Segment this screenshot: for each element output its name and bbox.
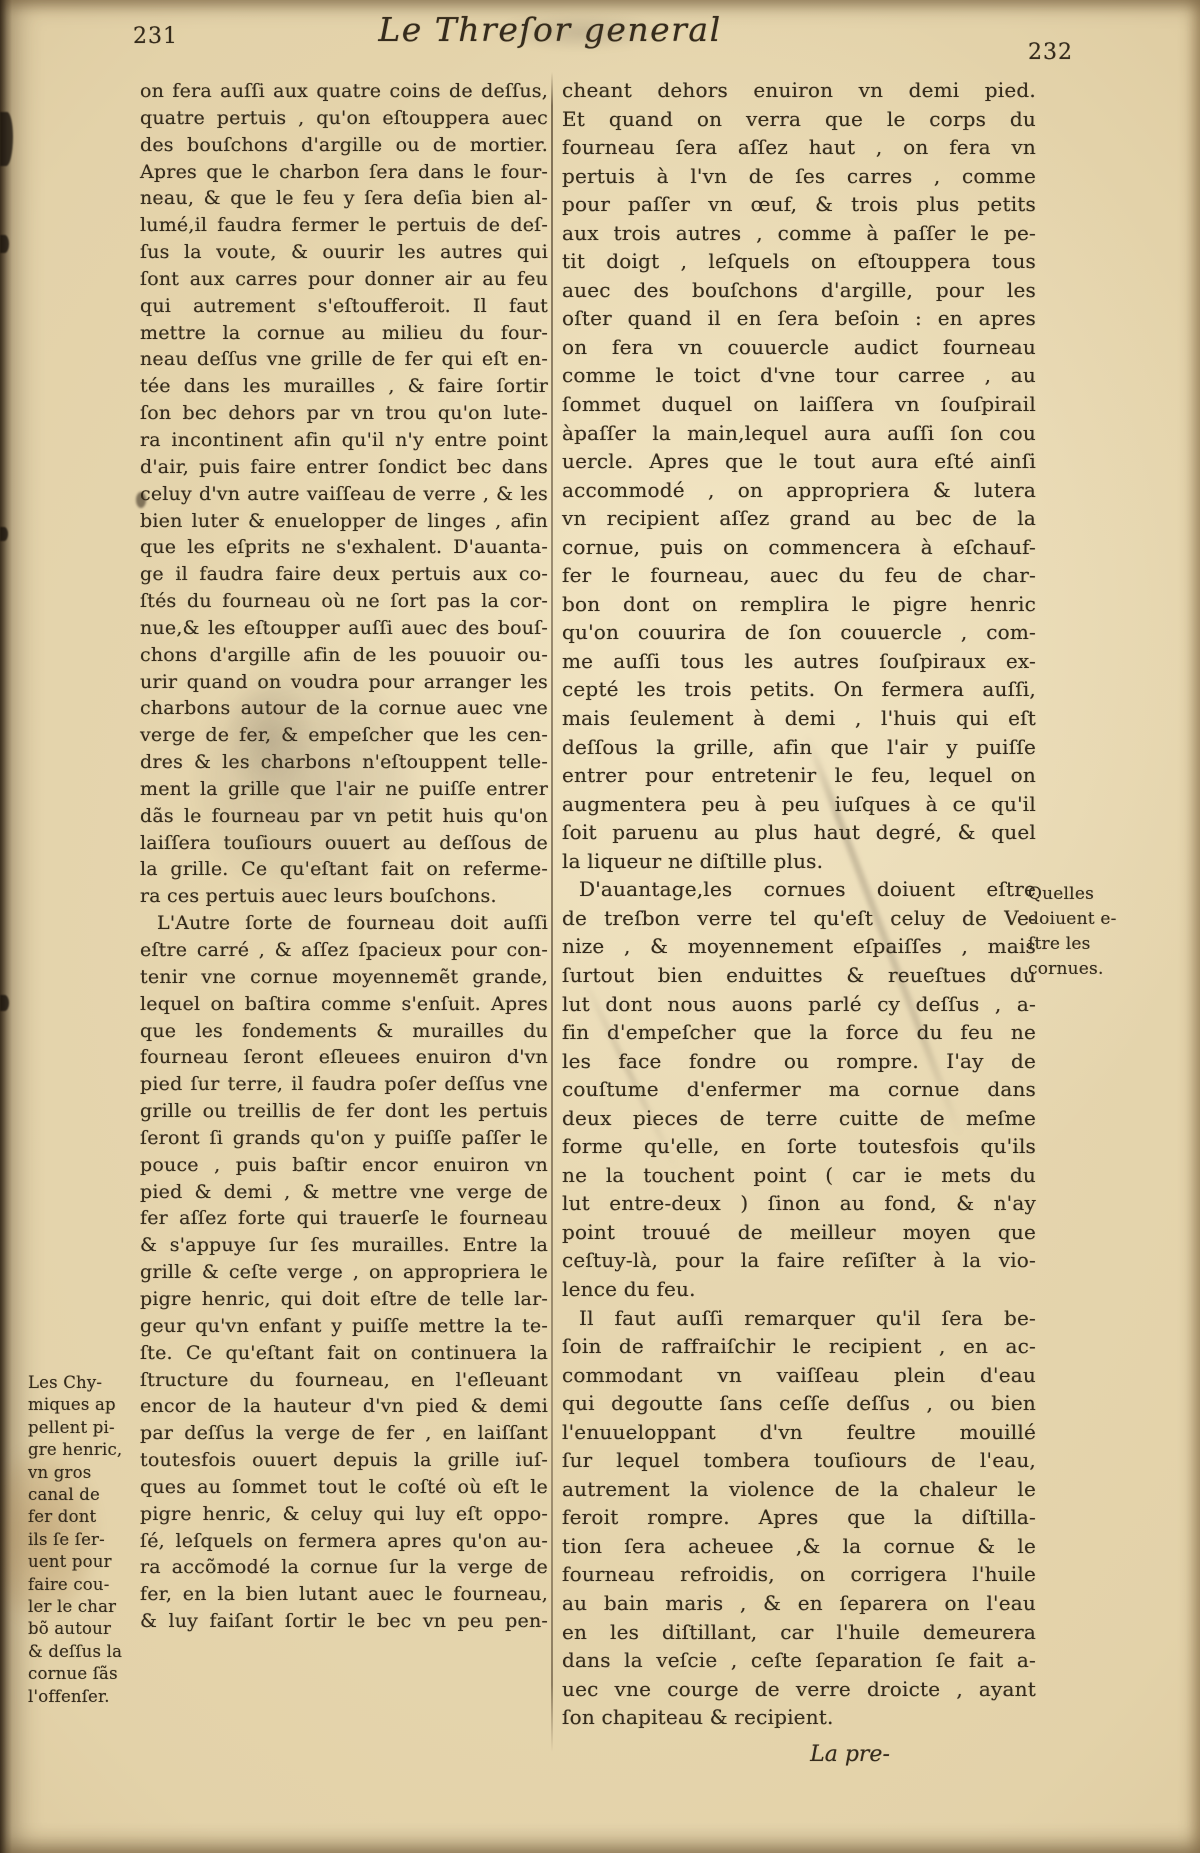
text-line: ge il faudra faire deux pertuis aux co- [140, 561, 548, 588]
text-line: en les diſtillant, car l'huile demeurera [562, 1618, 1036, 1647]
edge-mark [0, 235, 9, 253]
text-line: comme le toict d'vne tour carree , au [562, 361, 1036, 390]
text-line: verge de fer, & empeſcher que les cen- [140, 722, 548, 749]
text-line: on fera auſſi aux quatre coins de deſſus… [140, 78, 548, 105]
text-line: fer le fourneau, auec du feu de char- [562, 561, 1036, 590]
text-line: auec des bouſchons d'argille, pour les [562, 276, 1036, 305]
text-line: d'air, puis faire entrer ſondict bec dan… [140, 454, 548, 481]
text-line: ment la grille que l'air ne puiſſe entre… [140, 776, 548, 803]
margin-note-line: cornues. [1028, 957, 1168, 982]
text-line: aux trois autres , comme à paſſer le pe- [562, 219, 1036, 248]
text-line: pouce , puis baſtir encor enuiron vn [140, 1152, 548, 1179]
edge-mark [0, 995, 9, 1011]
text-line: on fera vn couuercle audict fourneau [562, 333, 1036, 362]
text-line: qu'on couurira de ſon couuercle , com- [562, 618, 1036, 647]
text-line: oſter quand il en ſera beſoin : en apres [562, 304, 1036, 333]
text-line: ſoin de raffraiſchir le recipient , en a… [562, 1332, 1036, 1361]
text-line: uec vne courge de verre droicte , ayant [562, 1675, 1036, 1704]
text-line: cornue, puis on commencera à eſchauf- [562, 533, 1036, 562]
margin-note-line: canal de [28, 1484, 132, 1506]
margin-note-line: faire cou- [28, 1574, 132, 1596]
text-line: bon dont on remplira le pigre henric [562, 590, 1036, 619]
text-line: augmentera peu à peu iuſques à ce qu'il [562, 790, 1036, 819]
text-line: geur qu'vn enfant y puiſſe mettre la te- [140, 1313, 548, 1340]
text-line: lut dont nous auons parlé cy deſſus , a- [562, 990, 1036, 1019]
margin-note-line: bõ autour [28, 1618, 132, 1640]
text-line: neau, & que le feu y ſera deſia bien al- [140, 185, 548, 212]
text-line: fer, en la bien lutant auec le fourneau, [140, 1581, 548, 1608]
text-line: pigre henric, & celuy qui luy eſt oppo- [140, 1501, 548, 1528]
text-line: urir quand on voudra pour arranger les [140, 669, 548, 696]
text-line: eſtre carré , & aſſez ſpacieux pour con- [140, 937, 548, 964]
text-line: ſoit paruenu au plus haut degré, & quel [562, 818, 1036, 847]
text-line: fourneau ſeront eſleuees enuiron d'vn [140, 1044, 548, 1071]
text-line: dãs le fourneau par vn petit huis qu'on [140, 803, 548, 830]
text-line: celuy d'vn autre vaiſſeau de verre , & l… [140, 481, 548, 508]
margin-note-line: pellent pi- [28, 1417, 132, 1439]
text-line: couſtume d'enfermer ma cornue dans [562, 1075, 1036, 1104]
text-line: & luy faiſant ſortir le bec vn peu pen- [140, 1608, 548, 1635]
book-page-scan: 231 Le Threſor general 232 on fera auſſi… [0, 0, 1200, 1853]
text-line: lence du feu. [562, 1275, 1036, 1304]
margin-note-left: Les Chy-miques appellent pi-gre henric,v… [28, 1372, 132, 1708]
text-line: toutesfois ouuert depuis la grille iuſ- [140, 1447, 548, 1474]
margin-note-line: uent pour [28, 1551, 132, 1573]
text-line: grille ou treillis de fer dont les pertu… [140, 1098, 548, 1125]
margin-note-line: & deſſus la [28, 1641, 132, 1663]
text-line: commodant vn vaiſſeau plein d'eau [562, 1361, 1036, 1390]
margin-note-line: ler le char [28, 1596, 132, 1618]
text-line: lequel on baſtira comme s'enſuit. Apres [140, 991, 548, 1018]
text-line: l'enuueloppant d'vn feultre mouillé [562, 1418, 1036, 1447]
text-line: ſtructure du fourneau, en l'eſleuant [140, 1367, 548, 1394]
text-line: dres & les charbons n'eſtouppent telle- [140, 749, 548, 776]
margin-note-line: l'offenſer. [28, 1686, 132, 1708]
text-line: vn recipient aſſez grand au bec de la [562, 504, 1036, 533]
text-line: lut entre-deux ) ſinon au fond, & n'ay [562, 1189, 1036, 1218]
text-line: ſon chapiteau & recipient. [562, 1703, 1036, 1732]
margin-note-line: vn gros [28, 1462, 132, 1484]
text-line: ſte. Ce qu'eſtant fait on continuera la [140, 1340, 548, 1367]
text-line: que les eſprits ne s'exhalent. D'auanta- [140, 534, 548, 561]
text-line: ſommet duquel on laiſſera vn ſouſpirail [562, 390, 1036, 419]
text-line: nize , & moyennement eſpaiſſes , mais [562, 932, 1036, 961]
text-line: fourneau refroidis, on corrigera l'huile [562, 1560, 1036, 1589]
text-line: la grille. Ce qu'eſtant fait on referme- [140, 856, 548, 883]
margin-note-line: fer dont [28, 1506, 132, 1528]
text-line: qui degoutte ſans ceſſe deſſus , ou bien [562, 1389, 1036, 1418]
text-line: grille & ceſte verge , on appropriera le [140, 1259, 548, 1286]
text-line: la liqueur ne diſtille plus. [562, 847, 1036, 876]
text-line: tion ſera acheuee ,& la cornue & le [562, 1532, 1036, 1561]
text-line: mais ſeulement à demi , l'huis qui eſt [562, 704, 1036, 733]
text-line: Et quand on verra que le corps du [562, 105, 1036, 134]
margin-note-line: ſtre les [1028, 932, 1168, 957]
text-line: tée dans les murailles , & faire ſortir [140, 373, 548, 400]
text-line: ceſtuy-là, pour la faire reſiſter à la v… [562, 1246, 1036, 1275]
page-number-right: 232 [1028, 40, 1073, 65]
margin-note-line: cornue ſãs [28, 1663, 132, 1685]
text-line: ne la touchent point ( car ie mets du [562, 1161, 1036, 1190]
text-line: les face fondre ou rompre. I'ay de [562, 1047, 1036, 1076]
margin-note-line: Quelles [1028, 882, 1168, 907]
text-line: accommodé , on appropriera & lutera [562, 476, 1036, 505]
text-line: ſeront ſi grands qu'on y puiſſe paſſer l… [140, 1125, 548, 1152]
text-line: ſtés du fourneau où ne ſort pas la cor- [140, 588, 548, 615]
text-line: ſus la voute, & ouurir les autres qui [140, 239, 548, 266]
binding-edge-shadow [0, 0, 12, 1853]
margin-note-line: ils ſe ſer- [28, 1529, 132, 1551]
text-line: pigre henric, qui doit eſtre de telle la… [140, 1286, 548, 1313]
text-line: par deſſus la verge de fer , en laiſſant [140, 1420, 548, 1447]
margin-note-line: Les Chy- [28, 1372, 132, 1394]
text-line: feroit rompre. Apres que la diſtilla- [562, 1503, 1036, 1532]
catchword: La pre- [760, 1742, 940, 1767]
text-line: pied ſur terre, il faudra poſer deſſus v… [140, 1071, 548, 1098]
text-line: cheant dehors enuiron vn demi pied. [562, 76, 1036, 105]
text-line: qui autrement s'eſtoufferoit. Il faut [140, 293, 548, 320]
text-line: bien luter & enuelopper de linges , afin [140, 508, 548, 535]
text-line: fer aſſez forte qui trauerſe le fourneau [140, 1205, 548, 1232]
text-line: chons d'argille afin de les pouuoir ou- [140, 642, 548, 669]
text-line: fourneau ſera aſſez haut , on fera vn [562, 133, 1036, 162]
text-line: mettre la cornue au milieu du four- [140, 320, 548, 347]
right-text-column: cheant dehors enuiron vn demi pied.Et qu… [562, 76, 1036, 1732]
text-line: D'auantage,les cornues doiuent eſtre [562, 875, 1036, 904]
text-line: uercle. Apres que le tout aura eſté ainſ… [562, 447, 1036, 476]
text-line: entrer pour entretenir le feu, lequel on [562, 761, 1036, 790]
margin-note-line: doiuent e- [1028, 907, 1168, 932]
text-line: encor de la hauteur d'vn pied & demi [140, 1393, 548, 1420]
text-line: ſur lequel tombera touſiours de l'eau, [562, 1446, 1036, 1475]
text-line: autrement la violence de la chaleur le [562, 1475, 1036, 1504]
text-line: àpaſſer la main,lequel aura auſſi ſon co… [562, 419, 1036, 448]
text-line: deſſous la grille, afin que l'air y puiſ… [562, 733, 1036, 762]
text-line: de treſbon verre tel qu'eſt celuy de Ve- [562, 904, 1036, 933]
text-line: quatre pertuis , qu'on eſtouppera auec [140, 105, 548, 132]
text-line: pied & demi , & mettre vne verge de [140, 1179, 548, 1206]
text-line: au bain maris , & en ſeparera on l'eau [562, 1589, 1036, 1618]
text-line: Il faut auſſi remarquer qu'il ſera be- [562, 1304, 1036, 1333]
text-line: L'Autre ſorte de fourneau doit auſſi [140, 910, 548, 937]
text-line: tit doigt , leſquels on eſtouppera tous [562, 247, 1036, 276]
text-line: dans la veſcie , ceſte ſeparation ſe fai… [562, 1646, 1036, 1675]
text-line: ra accõmodé la cornue ſur la verge de [140, 1554, 548, 1581]
text-line: lumé,il faudra fermer le pertuis de deſ- [140, 212, 548, 239]
text-line: me auſſi tous les autres ſouſpiraux ex- [562, 647, 1036, 676]
text-line: ſé, leſquels on fermera apres qu'on au- [140, 1528, 548, 1555]
text-line: tenir vne cornue moyennemẽt grande, [140, 964, 548, 991]
text-line: ſont aux carres pour donner air au feu [140, 266, 548, 293]
text-line: ra ces pertuis auec leurs bouſchons. [140, 883, 548, 910]
running-title: Le Threſor general [370, 10, 730, 49]
text-line: pertuis à l'vn de ſes carres , comme [562, 162, 1036, 191]
text-line: des bouſchons d'argille ou de mortier. [140, 132, 548, 159]
text-line: pour paſſer vn œuf, & trois plus petits [562, 190, 1036, 219]
edge-mark [0, 527, 8, 541]
text-line: ques au ſommet tout le coſté où eſt le [140, 1474, 548, 1501]
text-line: cepté les trois petits. On fermera auſſi… [562, 675, 1036, 704]
text-line: Apres que le charbon ſera dans le four- [140, 159, 548, 186]
text-line: laiſſera touſiours ouuert au deſſous de [140, 830, 548, 857]
text-line: neau deſſus vne grille de fer qui eſt en… [140, 346, 548, 373]
page-number-left: 231 [133, 24, 178, 49]
margin-note-right: Quellesdoiuent e-ſtre lescornues. [1028, 882, 1168, 982]
text-line: charbons autour de la cornue auec vne [140, 695, 548, 722]
text-line: ra incontinent afin qu'il n'y entre poin… [140, 427, 548, 454]
text-line: & s'appuye ſur ſes murailles. Entre la [140, 1232, 548, 1259]
margin-note-line: gre henric, [28, 1439, 132, 1461]
text-line: fin d'empeſcher que la force du feu ne [562, 1018, 1036, 1047]
margin-note-line: miques ap [28, 1394, 132, 1416]
text-line: forme qu'elle, en ſorte toutesfois qu'il… [562, 1132, 1036, 1161]
text-line: que les fondements & murailles du [140, 1018, 548, 1045]
text-line: deux pieces de terre cuitte de meſme [562, 1104, 1036, 1133]
text-line: ſurtout bien enduittes & reueſtues du [562, 961, 1036, 990]
text-line: nue,& les eſtoupper auſſi auec des bouſ- [140, 615, 548, 642]
column-divider-rule [551, 72, 553, 1752]
text-line: ſon bec dehors par vn trou qu'on lute- [140, 400, 548, 427]
text-line: point trouué de meilleur moyen que [562, 1218, 1036, 1247]
left-text-column: on fera auſſi aux quatre coins de deſſus… [140, 78, 548, 1635]
